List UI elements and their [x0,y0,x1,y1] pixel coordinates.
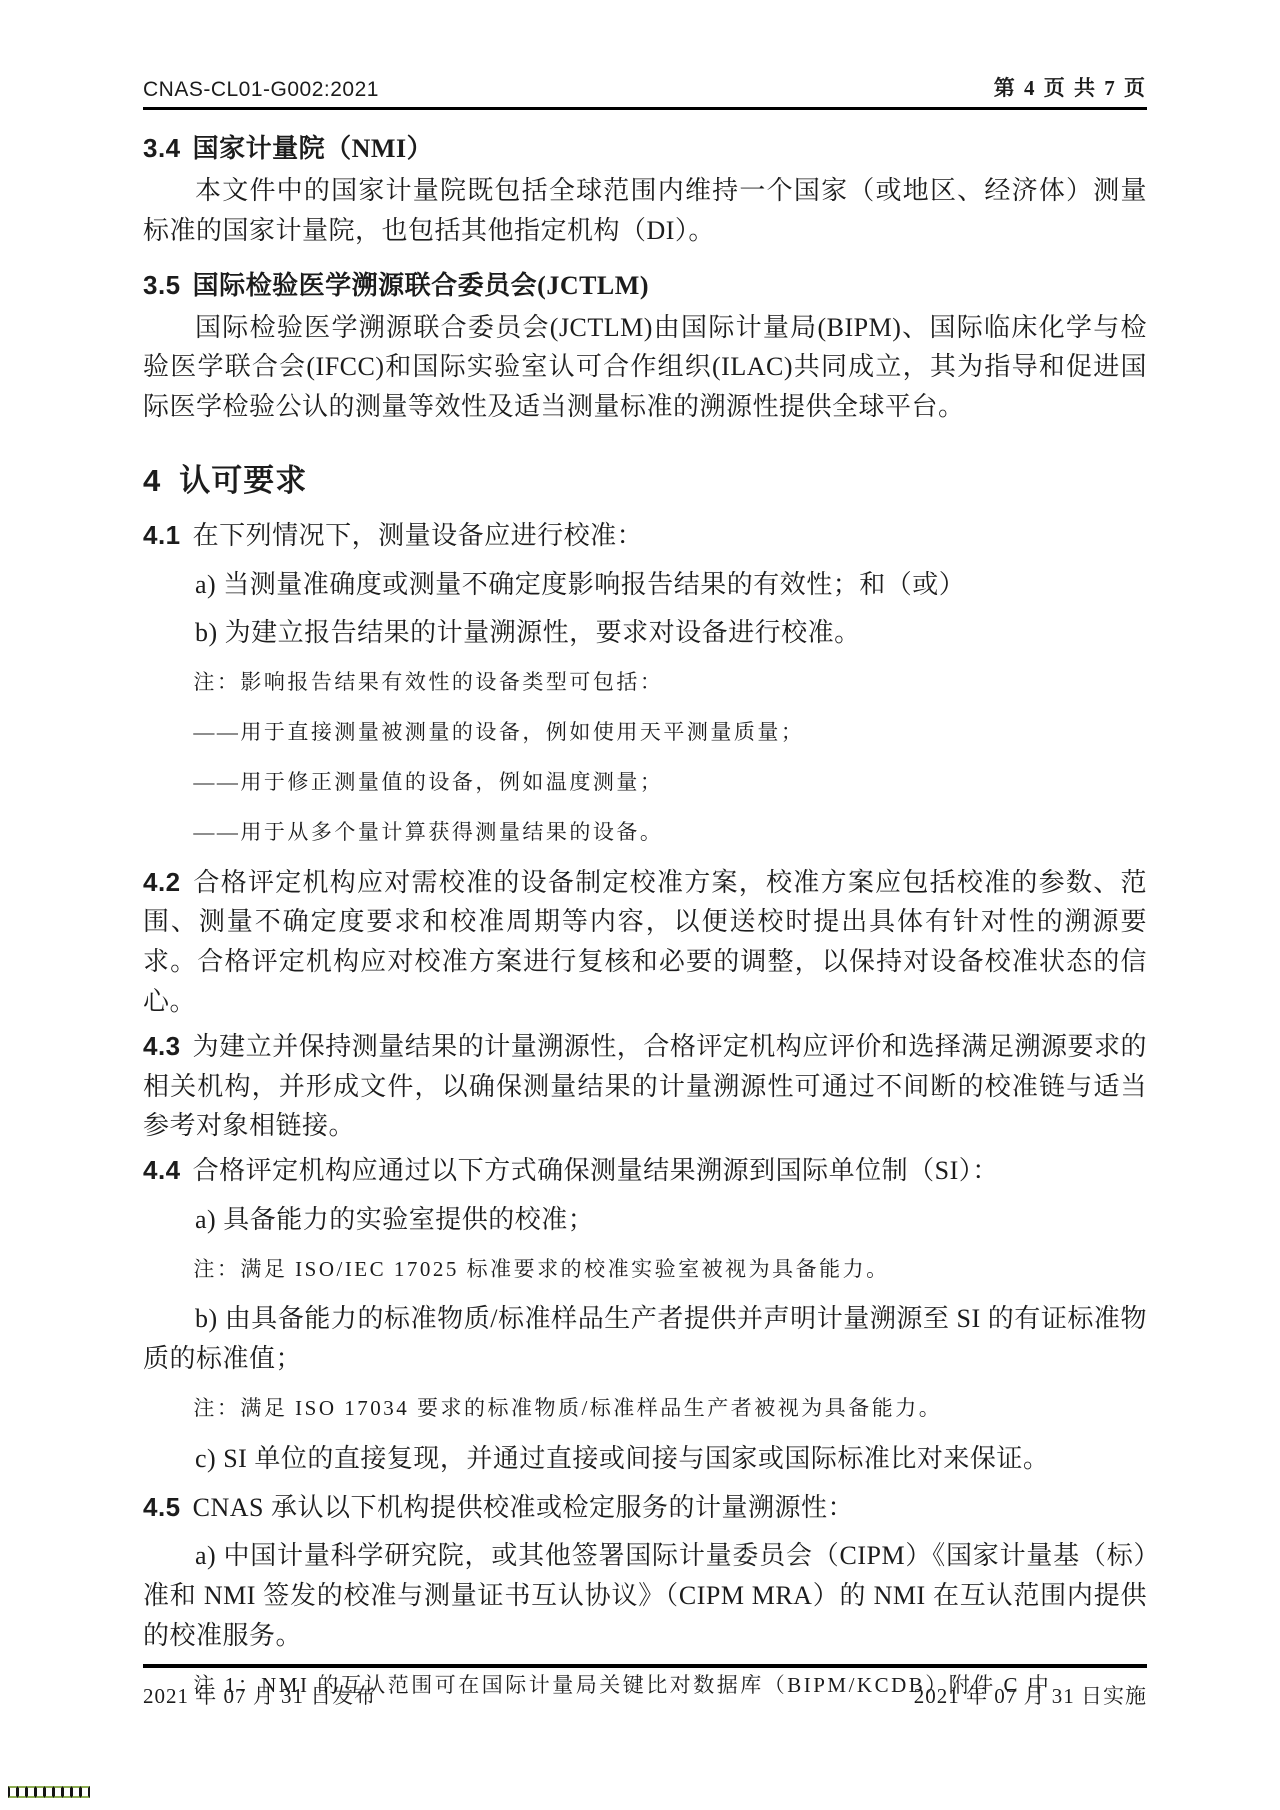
paragraph-3-4: 本文件中的国家计量院既包括全球范围内维持一个国家（或地区、经济体）测量标准的国家… [143,171,1147,251]
section-heading-3-4: 3.4国家计量院（NMI） [143,128,1147,165]
document-body: 3.4国家计量院（NMI） 本文件中的国家计量院既包括全球范围内维持一个国家（或… [143,128,1147,1706]
clause-text: CNAS 承认以下机构提供校准或检定服务的计量溯源性： [193,1493,854,1522]
note-dash-item: ——用于修正测量值的设备，例如温度测量； [143,763,1147,803]
list-item-a: a) 当测量准确度或测量不确定度影响报告结果的有效性；和（或） [143,565,1147,605]
section-heading-3-5: 3.5国际检验医学溯源联合委员会(JCTLM) [143,265,1147,302]
clause-4-1: 4.1在下列情况下，测量设备应进行校准： [143,516,1147,556]
document-page: CNAS-CL01-G002:2021 第 4 页 共 7 页 3.4国家计量院… [0,0,1280,1810]
clause-number: 4.2 [143,867,181,897]
clause-4-5: 4.5CNAS 承认以下机构提供校准或检定服务的计量溯源性： [143,1488,1147,1528]
clause-4-4: 4.4合格评定机构应通过以下方式确保测量结果溯源到国际单位制（SI）： [143,1151,1147,1191]
implementation-date: 2021 年 07 月 31 日实施 [914,1680,1147,1710]
document-code: CNAS-CL01-G002:2021 [143,78,379,102]
strip-cell [80,1786,90,1798]
clause-number: 4.5 [143,1492,181,1522]
note-dash-item: ——用于直接测量被测量的设备，例如使用天平测量质量； [143,713,1147,753]
section-title: 国家计量院（NMI） [193,134,433,163]
list-item-c: c) SI 单位的直接复现，并通过直接或间接与国家或国际标准比对来保证。 [143,1439,1147,1479]
clause-text: 为建立并保持测量结果的计量溯源性，合格评定机构应评价和选择满足溯源要求的相关机构… [143,1032,1147,1141]
note-equipment-types: 注：影响报告结果有效性的设备类型可包括： [143,663,1147,703]
document-content: 3.4国家计量院（NMI） 本文件中的国家计量院既包括全球范围内维持一个国家（或… [143,104,1147,1716]
section-number: 3.4 [143,133,181,163]
clause-text: 在下列情况下，测量设备应进行校准： [193,521,644,550]
chapter-heading-4: 4认可要求 [143,455,1147,500]
page-number-info: 第 4 页 共 7 页 [994,72,1147,102]
chapter-number: 4 [143,463,161,498]
chapter-title: 认可要求 [179,463,307,498]
issue-date: 2021 年 07 月 31 日发布 [143,1680,376,1710]
list-item-a: a) 具备能力的实验室提供的校准； [143,1200,1147,1240]
note-iso-17025: 注：满足 ISO/IEC 17025 标准要求的校准实验室被视为具备能力。 [143,1250,1147,1290]
note-iso-17034: 注：满足 ISO 17034 要求的标准物质/标准样品生产者被视为具备能力。 [143,1389,1147,1429]
list-item-a: a) 中国计量科学研究院，或其他签署国际计量委员会（CIPM）《国家计量基（标）… [143,1536,1147,1655]
clause-text: 合格评定机构应通过以下方式确保测量结果溯源到国际单位制（SI）： [193,1156,999,1185]
clause-text: 合格评定机构应对需校准的设备制定校准方案，校准方案应包括校准的参数、范围、测量不… [143,868,1147,1016]
clause-number: 4.1 [143,520,181,550]
clause-4-2: 4.2合格评定机构应对需校准的设备制定校准方案，校准方案应包括校准的参数、范围、… [143,863,1147,1022]
clause-number: 4.4 [143,1155,181,1185]
section-number: 3.5 [143,270,181,300]
section-title: 国际检验医学溯源联合委员会(JCTLM) [193,271,649,300]
note-dash-item: ——用于从多个量计算获得测量结果的设备。 [143,813,1147,853]
color-calibration-strip [8,1786,89,1798]
clause-4-3: 4.3为建立并保持测量结果的计量溯源性，合格评定机构应评价和选择满足溯源要求的相… [143,1027,1147,1146]
clause-number: 4.3 [143,1031,181,1061]
paragraph-3-5: 国际检验医学溯源联合委员会(JCTLM)由国际计量局(BIPM)、国际临床化学与… [143,308,1147,427]
list-item-b: b) 为建立报告结果的计量溯源性，要求对设备进行校准。 [143,613,1147,653]
list-item-b: b) 由具备能力的标准物质/标准样品生产者提供并声明计量溯源至 SI 的有证标准… [143,1299,1147,1379]
page-footer: 2021 年 07 月 31 日发布 2021 年 07 月 31 日实施 [143,1664,1147,1710]
